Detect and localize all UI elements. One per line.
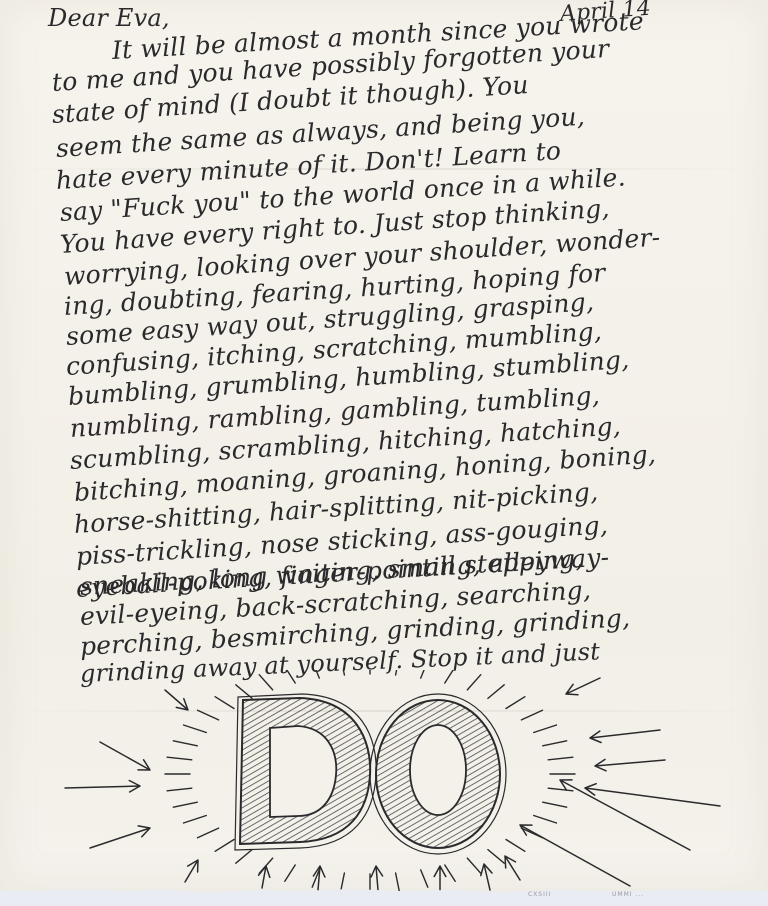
do-drawing <box>0 670 768 892</box>
letter-o <box>370 694 506 854</box>
footer-stamp: CXSIII <box>528 891 551 898</box>
salutation: Dear Eva, <box>48 4 170 32</box>
footer-stamp: UMMI ... <box>612 891 644 898</box>
letter-paper: Dear Eva, April 14 It will be almost a m… <box>0 0 768 892</box>
letter-d <box>235 694 376 850</box>
torn-paper-edge <box>0 888 768 894</box>
